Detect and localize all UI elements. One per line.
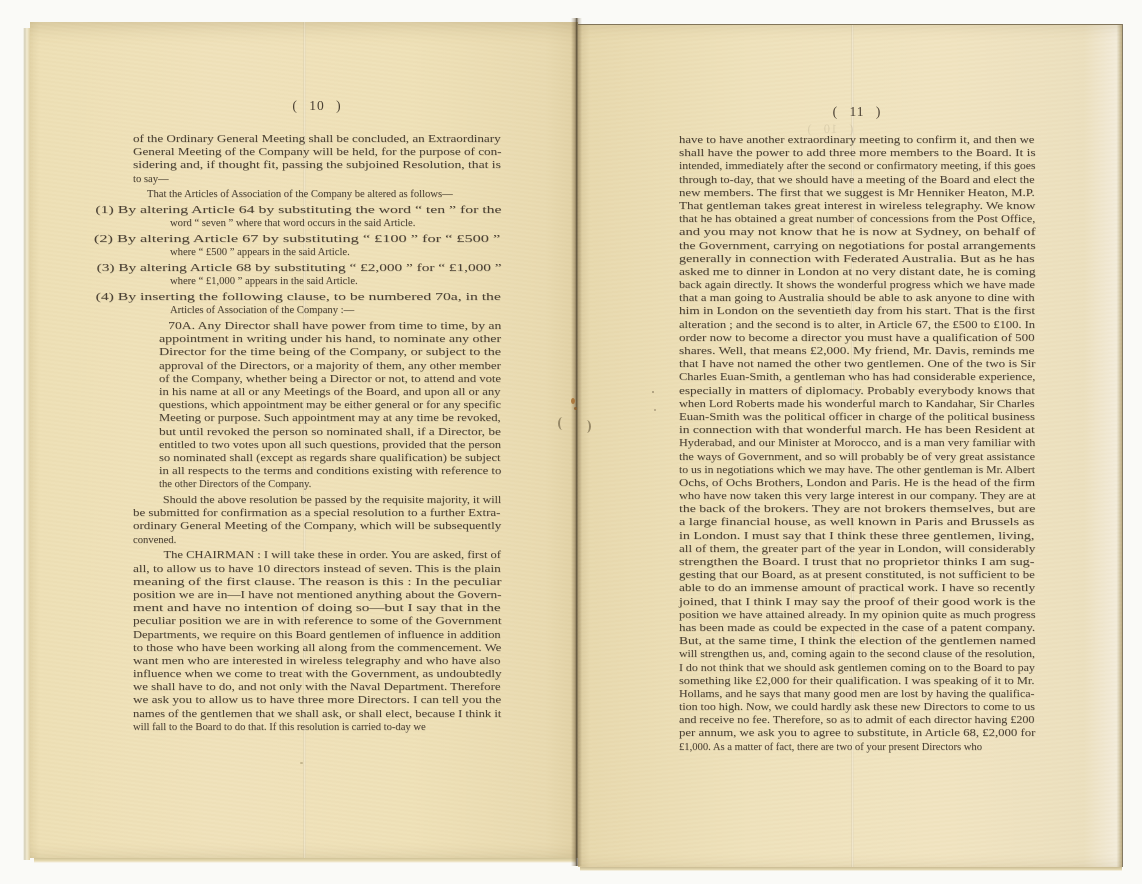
paragraph: The CHAIRMAN : I will take these in orde… — [133, 549, 501, 734]
paragraph: (1) By altering Article 64 by substituti… — [133, 204, 501, 230]
text-line: of the Company, whether being a Director… — [159, 373, 501, 386]
paragraph: Should the above resolution be passed by… — [133, 494, 501, 547]
text-line: shall have the power to add three more m… — [679, 147, 1035, 160]
text-line: be submitted for confirmation as a speci… — [133, 507, 501, 520]
text-line: in London. I must say that I think these… — [679, 530, 1035, 543]
text-line: to those who have been working all along… — [133, 642, 501, 655]
text-line: per annum, we ask you to agree to substi… — [679, 727, 1035, 740]
text-line: Euan-Smith was the political officer in … — [679, 411, 1035, 424]
text-line: Meeting or purpose. Such appointment may… — [159, 412, 501, 425]
text-line: all of them, the greater part of the yea… — [679, 543, 1035, 556]
text-line: Hyderabad, and our Minister at Morocco, … — [679, 437, 1035, 450]
page-edge-stack — [23, 28, 30, 860]
text-line: where “ £500 ” appears in the said Artic… — [170, 246, 501, 259]
text-line: back again directly. It shows the wonder… — [679, 279, 1035, 292]
text-line: appointment in writing under his hand, t… — [159, 333, 501, 346]
rust-stain — [574, 407, 577, 410]
text-line: Departments, we require on this Board ge… — [133, 629, 501, 642]
page-number-right: ( 11 ) — [679, 104, 1035, 120]
text-line: intended, immediately after the second o… — [679, 160, 1035, 173]
text-line: will fall to the Board to do that. If th… — [133, 721, 501, 734]
text-line: Director for the time being of the Compa… — [159, 346, 501, 359]
text-line: That gentleman takes great interest in w… — [679, 200, 1035, 213]
text-line: meaning of the first clause. The reason … — [133, 576, 501, 589]
text-line: convened. — [133, 534, 501, 547]
text-line: so nominated shall (except as regards sh… — [159, 452, 501, 465]
text-line: ordinary General Meeting of the Company,… — [133, 520, 501, 533]
text-line: Ochs, of Ochs Brothers, London and Paris… — [679, 477, 1035, 490]
text-line: want men who are interested in wireless … — [133, 655, 501, 668]
text-line: something like £2,000 for their qualific… — [679, 675, 1035, 688]
text-line: in connection with that wonderful march.… — [679, 424, 1035, 437]
text-line: asked me to dinner in London at no very … — [679, 266, 1035, 279]
binding-stitch-right — [582, 420, 591, 433]
text-line: But, at the same time, I think the elect… — [679, 635, 1035, 648]
text-line: the back of the brokers. They are not br… — [679, 503, 1035, 516]
text-line: all, to allow us to have 10 directors in… — [133, 563, 501, 576]
text-line: sidering and, if thought fit, passing th… — [133, 159, 501, 172]
text-line: him in London on the seventieth day from… — [679, 305, 1035, 318]
text-line: that I have not named the other two gent… — [679, 358, 1035, 371]
page-text-right: have to have another extraordinary meeti… — [679, 134, 1035, 754]
text-line: that he has obtained a great number of c… — [679, 213, 1035, 226]
text-line: (1) By altering Article 64 by substituti… — [170, 204, 501, 217]
text-line: where “ £1,000 ” appears in the said Art… — [170, 275, 501, 288]
text-line: Should the above resolution be passed by… — [133, 494, 501, 507]
text-line: peculiar position we are in with referen… — [133, 615, 501, 628]
paragraph: of the Ordinary General Meeting shall be… — [133, 133, 501, 186]
binding-stitch-left — [558, 417, 567, 430]
text-line: (2) By altering Article 67 by substituti… — [170, 233, 501, 246]
text-line: when Lord Roberts made his wonderful mar… — [679, 398, 1035, 411]
text-line: generally in connection with Federated A… — [679, 253, 1035, 266]
text-line: will strengthen us, and, coming again to… — [679, 648, 1035, 661]
text-line: have to have another extraordinary meeti… — [679, 134, 1035, 147]
paragraph: (3) By altering Article 68 by substituti… — [133, 262, 501, 288]
text-line: General Meeting of the Company will be h… — [133, 146, 501, 159]
text-line: Hollams, and he says that many good men … — [679, 688, 1035, 701]
text-line: position we have attained already. In my… — [679, 609, 1035, 622]
text-line: to us in negotiations which we may have.… — [679, 464, 1035, 477]
paragraph: (4) By inserting the following clause, t… — [133, 291, 501, 317]
text-line: has been made as could be expected in th… — [679, 622, 1035, 635]
text-line: influence when we come to treat with the… — [133, 668, 501, 681]
text-line: to say— — [133, 173, 501, 186]
text-line: but until revoked the person so nominate… — [159, 426, 501, 439]
text-line: I do not think that we should ask gentle… — [679, 662, 1035, 675]
text-line: we shall have to do, and not only with t… — [133, 681, 501, 694]
text-line: approval of the Directors, or a majority… — [159, 360, 501, 373]
text-line: new members. The first that we suggest i… — [679, 187, 1035, 200]
text-line: able to do an immense amount of practica… — [679, 582, 1035, 595]
text-line: of the Ordinary General Meeting shall be… — [133, 133, 501, 146]
text-line: especially in matters of diplomacy. Prob… — [679, 385, 1035, 398]
text-line: the other Directors of the Company. — [159, 478, 501, 491]
text-line: a large financial house, as well known i… — [679, 516, 1035, 529]
text-line: that a man going to Australia should be … — [679, 292, 1035, 305]
paragraph: That the Articles of Association of the … — [133, 188, 501, 201]
text-line: That the Articles of Association of the … — [147, 188, 501, 201]
rust-stain — [571, 398, 575, 404]
text-line: names of the gentlemen that we shall ask… — [133, 708, 501, 721]
text-line: tion too high. Now, we could hardly ask … — [679, 701, 1035, 714]
text-line: questions, which appointment may be eith… — [159, 399, 501, 412]
text-line: gesting that our Board, as at present co… — [679, 569, 1035, 582]
paper-fleck — [300, 762, 303, 764]
paragraph: have to have another extraordinary meeti… — [679, 134, 1035, 754]
page-text-left: of the Ordinary General Meeting shall be… — [133, 133, 501, 734]
text-line: and receive no fee. Therefore, so as to … — [679, 714, 1035, 727]
text-line: joined, that I think I may say the proof… — [679, 596, 1035, 609]
paper-fleck — [652, 391, 654, 393]
text-line: order now to become a director you must … — [679, 332, 1035, 345]
text-line: shares. Well, that means £2,000. My frie… — [679, 345, 1035, 358]
page-right: ( 10 ) ( 11 ) have to have another extra… — [578, 24, 1122, 867]
text-line: the ways of Government, and so will prob… — [679, 451, 1035, 464]
text-line: and you may not know that he is now at S… — [679, 226, 1035, 239]
text-line: alteration ; and the second is to alter,… — [679, 319, 1035, 332]
text-line: (3) By altering Article 68 by substituti… — [170, 262, 501, 275]
page-left: ( 10 ) of the Ordinary General Meeting s… — [30, 22, 578, 858]
text-line: entitled to two votes upon all such ques… — [159, 439, 501, 452]
paragraph: 70A. Any Director shall have power from … — [133, 320, 501, 491]
page-number-left: ( 10 ) — [133, 98, 501, 114]
text-line: Charles Euan-Smith, a gentleman who has … — [679, 371, 1035, 384]
text-line: The CHAIRMAN : I will take these in orde… — [133, 549, 501, 562]
text-line: £1,000. As a matter of fact, there are t… — [679, 741, 1035, 754]
text-line: word “ seven ” where that word occurs in… — [170, 217, 501, 230]
text-line: ment and have no intention of doing so—b… — [133, 602, 501, 615]
text-line: in his name at all or any Meetings of th… — [159, 386, 501, 399]
scanned-document: ( 10 ) of the Ordinary General Meeting s… — [0, 0, 1142, 884]
binding-gutter — [571, 18, 582, 866]
text-line: Articles of Association of the Company :… — [170, 304, 501, 317]
paper-fleck — [654, 409, 656, 411]
paragraph: (2) By altering Article 67 by substituti… — [133, 233, 501, 259]
text-line: the Government, carrying on negotiations… — [679, 240, 1035, 253]
text-line: we ask you to allow us to have three mor… — [133, 694, 501, 707]
text-line: in all respects to the terms and conditi… — [159, 465, 501, 478]
text-line: position we are in—I have not mentioned … — [133, 589, 501, 602]
text-line: who have now taken this very large inter… — [679, 490, 1035, 503]
text-line: 70A. Any Director shall have power from … — [159, 320, 501, 333]
text-line: through to-day, that we should have a me… — [679, 174, 1035, 187]
text-line: strengthen the Board. I trust that no pr… — [679, 556, 1035, 569]
text-line: (4) By inserting the following clause, t… — [170, 291, 501, 304]
